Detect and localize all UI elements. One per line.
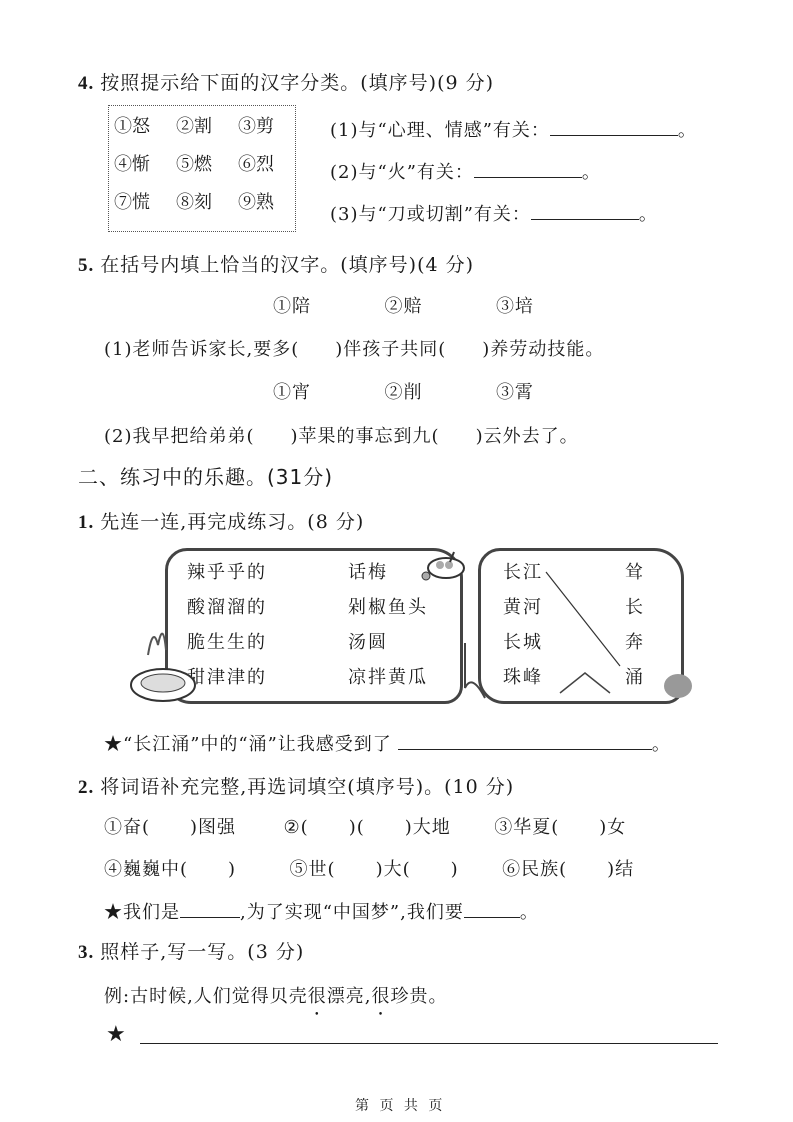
- sentence-part: (2)我早把给弟弟(: [104, 426, 255, 447]
- period: 。: [520, 902, 539, 923]
- answer-blank[interactable]: [398, 733, 652, 750]
- answer-blank[interactable]: [531, 203, 639, 220]
- char-option: ⑥烈: [238, 150, 300, 176]
- char-option: ①怒: [114, 112, 176, 138]
- s2q1-title: 1.先连一连,再完成练习。(8 分): [78, 507, 364, 534]
- q4-title: 4.按照提示给下面的汉字分类。(填序号)(9 分): [78, 68, 494, 95]
- answer-line[interactable]: [140, 1043, 718, 1044]
- idiom-row-2: ④巍巍中() ⑤世()大() ⑥民族()结: [104, 855, 634, 881]
- sentence-part: ,为了实现“中国梦”,我们要: [240, 902, 464, 923]
- sentence-part: 漂亮,: [327, 986, 372, 1007]
- food-column: 话梅 剁椒鱼头 汤圆 凉拌黄瓜: [348, 555, 428, 695]
- page-footer: 第 页 共 页: [355, 1095, 445, 1115]
- sentence-part: (1)老师告诉家长,要多(: [104, 339, 299, 360]
- q5-title: 5.在括号内填上恰当的汉字。(填序号)(4 分): [78, 250, 474, 277]
- s2q2-number: 2.: [78, 777, 94, 798]
- s2q2-star-line: ★我们是,为了实现“中国梦”,我们要。: [104, 898, 539, 924]
- q4-item-label: (3)与“刀或切割”有关：: [330, 204, 531, 225]
- s2q1-star-line: ★“长江涌”中的“涌”让我感受到了。: [104, 730, 671, 756]
- char-option: ③剪: [238, 112, 300, 138]
- sentence-part: 例:古时候,人们觉得贝壳: [104, 986, 308, 1007]
- char-option: ⑦慌: [114, 188, 176, 214]
- q5-options-2: ①宵 ②削 ③霄: [273, 378, 534, 404]
- great-wall-illustration: [465, 643, 485, 698]
- option: ②削: [384, 382, 422, 403]
- option: ②赔: [384, 296, 422, 317]
- example-connection-line: [546, 572, 620, 666]
- option: ③霄: [496, 382, 534, 403]
- match-item[interactable]: 话梅: [348, 555, 428, 590]
- option: ①陪: [273, 296, 311, 317]
- star-prompt: ★“长江涌”中的“涌”让我感受到了: [104, 734, 392, 755]
- period: 。: [639, 204, 658, 225]
- s2q3-title: 3.照样子,写一写。(3 分): [78, 937, 304, 964]
- emphasis-char: 很: [372, 982, 391, 1008]
- idiom-row-1: ①奋()图强 ②()()大地 ③华夏()女: [104, 813, 626, 839]
- idiom-5: ⑤世()大(): [290, 859, 459, 880]
- answer-blank[interactable]: [464, 901, 520, 918]
- q5-sentence-1: (1)老师告诉家长,要多()伴孩子共同()养劳动技能。: [104, 335, 604, 361]
- star-prompt: ★我们是: [104, 902, 180, 923]
- match-item[interactable]: 酸溜溜的: [187, 590, 267, 625]
- match-item[interactable]: 凉拌黄瓜: [348, 660, 428, 695]
- sentence-part: )伴孩子共同(: [335, 339, 446, 360]
- answer-blank[interactable]: [550, 119, 678, 136]
- char-option: ⑤燃: [176, 150, 238, 176]
- q5-number: 5.: [78, 255, 94, 276]
- q4-item-2: (2)与“火”有关：。: [330, 158, 601, 184]
- char-option: ②割: [176, 112, 238, 138]
- char-option: ⑨熟: [238, 188, 300, 214]
- matching-line-overlay: [460, 548, 700, 703]
- emphasis-char: 很: [308, 982, 327, 1008]
- match-item[interactable]: 甜津津的: [187, 660, 267, 695]
- char-option: ④惭: [114, 150, 176, 176]
- sentence-part: 珍贵。: [391, 986, 448, 1007]
- s2q2-title: 2.将词语补充完整,再选词填空(填序号)。(10 分): [78, 772, 514, 799]
- option: ①宵: [273, 382, 311, 403]
- char-options-grid: ①怒 ②割 ③剪 ④惭 ⑤燃 ⑥烈 ⑦慌 ⑧刻 ⑨熟: [114, 112, 300, 214]
- option: ③培: [496, 296, 534, 317]
- q4-item-3: (3)与“刀或切割”有关：。: [330, 200, 658, 226]
- period: 。: [582, 162, 601, 183]
- q4-number: 4.: [78, 73, 94, 94]
- q5-options-1: ①陪 ②赔 ③培: [273, 292, 534, 318]
- idiom-6: ⑥民族()结: [502, 859, 634, 880]
- sentence-part: )养劳动技能。: [482, 339, 604, 360]
- star-icon: ★: [106, 1022, 126, 1047]
- s2q3-title-text: 照样子,写一写。(3 分): [100, 941, 304, 963]
- example-sentence: 例:古时候,人们觉得贝壳很漂亮,很珍贵。: [104, 982, 448, 1008]
- idiom-3: ③华夏()女: [494, 817, 626, 838]
- q4-title-text: 按照提示给下面的汉字分类。(填序号)(9 分): [100, 72, 494, 94]
- fish-plate-illustration: [128, 615, 198, 705]
- mountain-illustration: [560, 673, 610, 693]
- period: 。: [678, 120, 697, 141]
- cloud-illustration: [664, 674, 692, 698]
- q4-item-label: (1)与“心理、情感”有关：: [330, 120, 550, 141]
- q5-sentence-2: (2)我早把给弟弟()苹果的事忘到九()云外去了。: [104, 422, 579, 448]
- match-item[interactable]: 脆生生的: [187, 625, 267, 660]
- match-item[interactable]: 辣乎乎的: [187, 555, 267, 590]
- match-item[interactable]: 汤圆: [348, 625, 428, 660]
- q5-title-text: 在括号内填上恰当的汉字。(填序号)(4 分): [100, 254, 474, 276]
- flavor-column: 辣乎乎的 酸溜溜的 脆生生的 甜津津的: [187, 555, 267, 695]
- s2q1-number: 1.: [78, 512, 94, 533]
- idiom-4: ④巍巍中(): [104, 859, 236, 880]
- sentence-part: )苹果的事忘到九(: [291, 426, 440, 447]
- sentence-part: )云外去了。: [476, 426, 579, 447]
- idiom-1: ①奋()图强: [104, 817, 236, 838]
- period: 。: [652, 734, 671, 755]
- idiom-2: ②()()大地: [284, 817, 451, 838]
- s2q1-title-text: 先连一连,再完成练习。(8 分): [100, 511, 364, 533]
- answer-blank[interactable]: [474, 161, 582, 178]
- match-item[interactable]: 剁椒鱼头: [348, 590, 428, 625]
- q4-item-label: (2)与“火”有关：: [330, 162, 474, 183]
- s2q3-number: 3.: [78, 942, 94, 963]
- answer-blank[interactable]: [180, 901, 240, 918]
- q4-item-1: (1)与“心理、情感”有关：。: [330, 116, 697, 142]
- s2q2-title-text: 将词语补充完整,再选词填空(填序号)。(10 分): [100, 776, 514, 798]
- char-option: ⑧刻: [176, 188, 238, 214]
- section-2-title: 二、练习中的乐趣。(31分): [78, 461, 333, 490]
